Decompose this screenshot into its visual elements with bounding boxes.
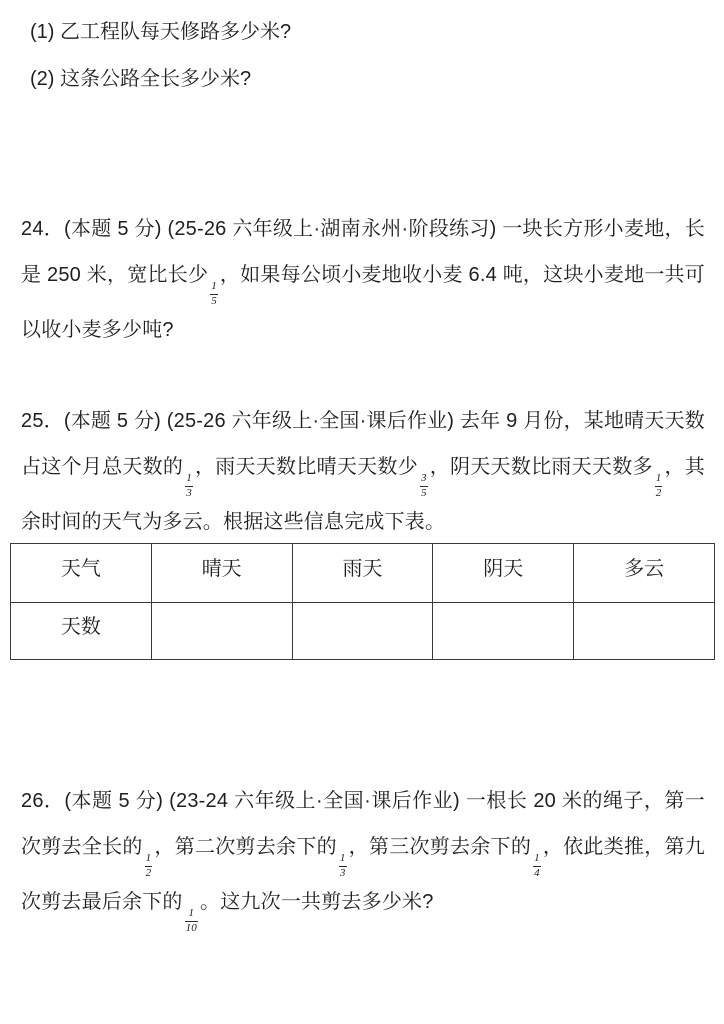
sub-question-2: (2) 这条公路全长多少米? [30, 67, 251, 91]
question-26: 26．(本题 5 分) (23-24 六年级上·全国·课后作业) 一根长 20 … [21, 778, 705, 934]
header-cell-cloudy: 阴天 [433, 544, 574, 603]
fraction: 13 [339, 853, 347, 879]
fraction: 14 [533, 853, 541, 879]
header-cell-rainy: 雨天 [292, 544, 433, 603]
empty-cell [574, 603, 715, 660]
row-label-days: 天数 [11, 603, 152, 660]
fraction: 12 [145, 853, 153, 879]
fraction: 110 [185, 908, 198, 934]
question-24: 24．(本题 5 分) (25-26 六年级上·湖南永州·阶段练习) 一块长方形… [21, 206, 705, 353]
fraction: 12 [655, 473, 663, 499]
weather-table-data-row: 天数 [11, 603, 715, 660]
worksheet-page: (1) 乙工程队每天修路多少米? (2) 这条公路全长多少米? 24．(本题 5… [0, 0, 724, 1024]
question-25: 25．(本题 5 分) (25-26 六年级上·全国·课后作业) 去年 9 月份… [21, 398, 705, 545]
weather-table: 天气 晴天 雨天 阴天 多云 天数 [10, 543, 715, 660]
empty-cell [292, 603, 433, 660]
empty-cell [433, 603, 574, 660]
fraction: 13 [185, 473, 193, 499]
fraction: 35 [420, 473, 428, 499]
weather-table-header-row: 天气 晴天 雨天 阴天 多云 [11, 544, 715, 603]
header-cell-overcast: 多云 [574, 544, 715, 603]
fraction: 15 [210, 281, 218, 307]
header-cell-sunny: 晴天 [151, 544, 292, 603]
header-cell-weather: 天气 [11, 544, 152, 603]
sub-question-1: (1) 乙工程队每天修路多少米? [30, 20, 291, 44]
empty-cell [151, 603, 292, 660]
